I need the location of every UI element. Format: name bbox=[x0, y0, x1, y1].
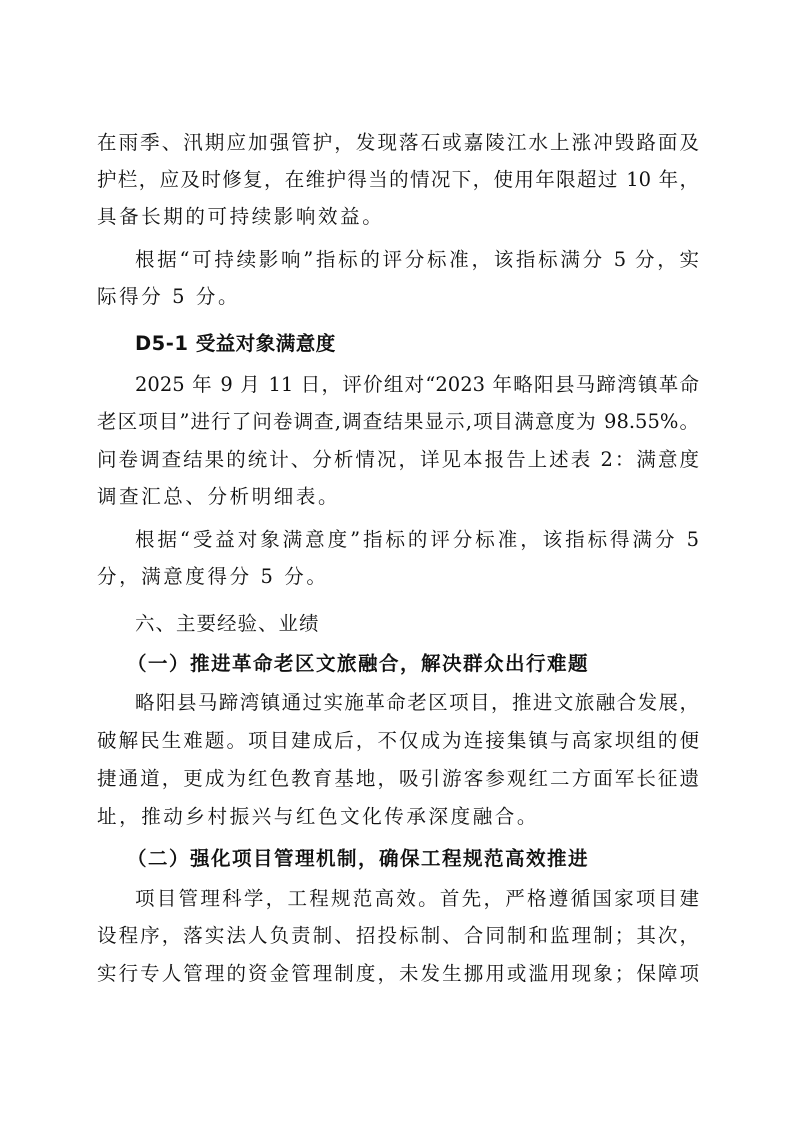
paragraph-line: 根据“受益对象满意度”指标的评分标准，该指标得满分 5 bbox=[135, 521, 699, 559]
paragraph-line: 分，满意度得分 5 分。 bbox=[97, 558, 329, 596]
paragraph-line: 具备长期的可持续影响效益。 bbox=[97, 198, 384, 236]
paragraph-line: 破解民生难题。项目建成后，不仅成为连接集镇与高家坝组的便 bbox=[97, 722, 699, 760]
paragraph-line: 调查汇总、分析明细表。 bbox=[97, 478, 340, 516]
chapter-heading-six: 六、主要经验、业绩 bbox=[135, 605, 320, 643]
paragraph-line: 在雨季、汛期应加强管护，发现落石或嘉陵江水上涨冲毁路面及 bbox=[97, 124, 699, 162]
paragraph-line: 捷通道，更成为红色教育基地，吸引游客参观红二方面军长征遗 bbox=[97, 760, 699, 798]
subsection-heading-2: （二）强化项目管理机制，确保工程规范高效推进 bbox=[127, 840, 589, 878]
paragraph-line: 老区项目”进行了问卷调查,调查结果显示,项目满意度为 98.55%。 bbox=[97, 403, 699, 441]
paragraph-line: 项目管理科学，工程规范高效。首先，严格遵循国家项目建 bbox=[135, 880, 699, 918]
paragraph-line: 际得分 5 分。 bbox=[97, 278, 240, 316]
paragraph-line: 问卷调查结果的统计、分析情况，详见本报告上述表 2：满意度 bbox=[97, 441, 699, 479]
section-heading-d5-1: D5-1 受益对象满意度 bbox=[135, 325, 336, 363]
paragraph-line: 护栏，应及时修复，在维护得当的情况下，使用年限超过 10 年， bbox=[97, 161, 699, 199]
paragraph-line: 略阳县马蹄湾镇通过实施革命老区项目，推进文旅融合发展， bbox=[135, 684, 699, 722]
paragraph-line: 址，推动乡村振兴与红色文化传承深度融合。 bbox=[97, 798, 539, 836]
paragraph-line: 根据“可持续影响”指标的评分标准，该指标满分 5 分，实 bbox=[135, 241, 699, 279]
paragraph-line: 2025 年 9 月 11 日，评价组对“2023 年略阳县马蹄湾镇革命 bbox=[135, 366, 699, 404]
subsection-heading-1: （一）推进革命老区文旅融合，解决群众出行难题 bbox=[127, 645, 589, 683]
paragraph-line: 实行专人管理的资金管理制度，未发生挪用或滥用现象；保障项 bbox=[97, 955, 699, 993]
paragraph-line: 设程序，落实法人负责制、招投标制、合同制和监理制；其次， bbox=[97, 917, 699, 955]
